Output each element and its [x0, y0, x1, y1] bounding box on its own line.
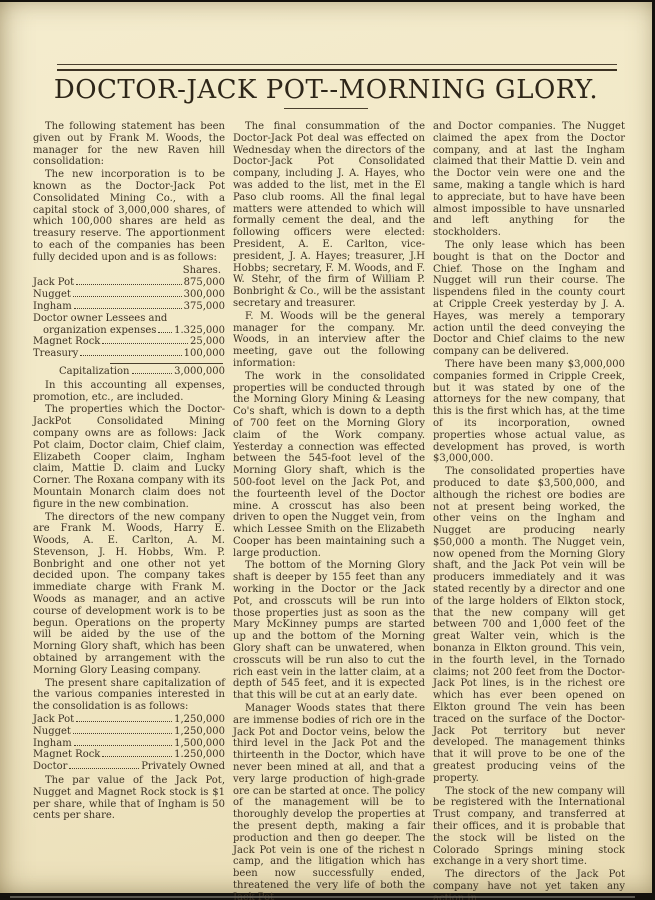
table-row: Nugget 300,000	[33, 289, 225, 301]
table-row: Doctor Privately Owned	[33, 761, 225, 773]
row-value: 25,000	[190, 336, 225, 348]
article-columns: The following statement has been given o…	[0, 109, 652, 900]
table-row: Jack Pot 875,000	[33, 277, 225, 289]
paragraph: The only lease which has been bought is …	[433, 240, 625, 358]
paragraph: F. M. Woods will be the general manager …	[233, 311, 425, 370]
column-3: and Doctor companies. The Nugget claimed…	[433, 121, 625, 900]
paragraph: The par value of the Jack Pot, Nugget an…	[33, 775, 225, 822]
table-row: Ingham 375,000	[33, 301, 225, 313]
paragraph: There have been many $3,000,000 companie…	[433, 359, 625, 465]
scan-bottom-edge	[10, 896, 635, 898]
paragraph: Manager Woods states that there are imme…	[233, 703, 425, 900]
paragraph: The stock of the new company will be reg…	[433, 786, 625, 869]
row-label: Treasury	[33, 348, 78, 360]
table-row: Treasury 100,000	[33, 348, 225, 360]
table-total-rule	[110, 363, 223, 364]
row-value: 1.325,000	[174, 325, 225, 337]
table-row: Doctor owner Lessees and	[33, 313, 225, 325]
table-row: Nugget 1,250,000	[33, 726, 225, 738]
paragraph: and Doctor companies. The Nugget claimed…	[433, 121, 625, 239]
dot-leader	[69, 768, 139, 769]
dot-leader	[76, 721, 172, 722]
dot-leader	[76, 284, 181, 285]
row-value: 1.250,000	[174, 749, 225, 761]
page-title: DOCTOR-JACK POT--MORNING GLORY.	[0, 75, 652, 105]
row-label: Jack Pot	[33, 277, 74, 289]
dot-leader	[73, 296, 182, 297]
table-total-row: Capitalization 3,000,000	[33, 366, 225, 378]
table-row: Magnet Rock 25,000	[33, 336, 225, 348]
dot-leader	[132, 373, 173, 374]
dot-leader	[158, 332, 172, 333]
column-2: The final consummation of the Doctor-Jac…	[233, 121, 425, 900]
paragraph: The consolidated properties have produce…	[433, 466, 625, 785]
paragraph: The bottom of the Morning Glory shaft is…	[233, 560, 425, 702]
row-label: Magnet Rock	[33, 749, 100, 761]
paragraph: The properties which the Doctor-JackPot …	[33, 404, 225, 510]
row-label: Nugget	[33, 726, 71, 738]
paragraph: The directors of the new company are Fra…	[33, 512, 225, 677]
row-value: 1,250,000	[174, 726, 225, 738]
dot-leader	[102, 343, 188, 344]
paragraph: The final consummation of the Doctor-Jac…	[233, 121, 425, 310]
dot-leader	[102, 756, 172, 757]
paragraph: The work in the consolidated properties …	[233, 371, 425, 560]
row-label: Magnet Rock	[33, 336, 100, 348]
row-label: Ingham	[33, 301, 72, 313]
dot-leader	[74, 308, 182, 309]
row-value: 300,000	[184, 289, 225, 301]
table-row: Magnet Rock 1.250,000	[33, 749, 225, 761]
row-value: 3,000,000	[174, 366, 225, 378]
row-value: 375,000	[184, 301, 225, 313]
paragraph: The new incorporation is to be known as …	[33, 169, 225, 263]
row-label: Nugget	[33, 289, 71, 301]
dot-leader	[73, 733, 172, 734]
row-label: Doctor	[33, 761, 67, 773]
table-row: Jack Pot 1,250,000	[33, 714, 225, 726]
table-heading-shares: Shares.	[33, 265, 225, 277]
row-value: 1,500,000	[174, 738, 225, 750]
row-label: Ingham	[33, 738, 72, 750]
paragraph: The present share capitalization of the …	[33, 678, 225, 713]
paragraph: The following statement has been given o…	[33, 121, 225, 168]
masthead-double-rule	[57, 64, 617, 71]
row-value: 100,000	[184, 348, 225, 360]
column-1: The following statement has been given o…	[33, 121, 225, 900]
table-row: organization expenses 1.325,000	[33, 325, 225, 337]
newspaper-page: DOCTOR-JACK POT--MORNING GLORY. The foll…	[0, 2, 652, 893]
apportionment-table: Jack Pot 875,000 Nugget 300,000 Ingham 3…	[33, 277, 225, 377]
row-value: 1,250,000	[174, 714, 225, 726]
share-capitalization-table: Jack Pot 1,250,000 Nugget 1,250,000 Ingh…	[33, 714, 225, 773]
dot-leader	[80, 355, 181, 356]
dot-leader	[74, 745, 172, 746]
row-label: Capitalization	[33, 366, 130, 378]
row-value: 875,000	[184, 277, 225, 289]
paragraph: In this accounting all expenses, promoti…	[33, 380, 225, 404]
row-label: Jack Pot	[33, 714, 74, 726]
row-label: Doctor owner Lessees and	[33, 313, 167, 325]
row-value: Privately Owned	[141, 761, 225, 773]
table-row: Ingham 1,500,000	[33, 738, 225, 750]
row-label: organization expenses	[33, 325, 156, 337]
